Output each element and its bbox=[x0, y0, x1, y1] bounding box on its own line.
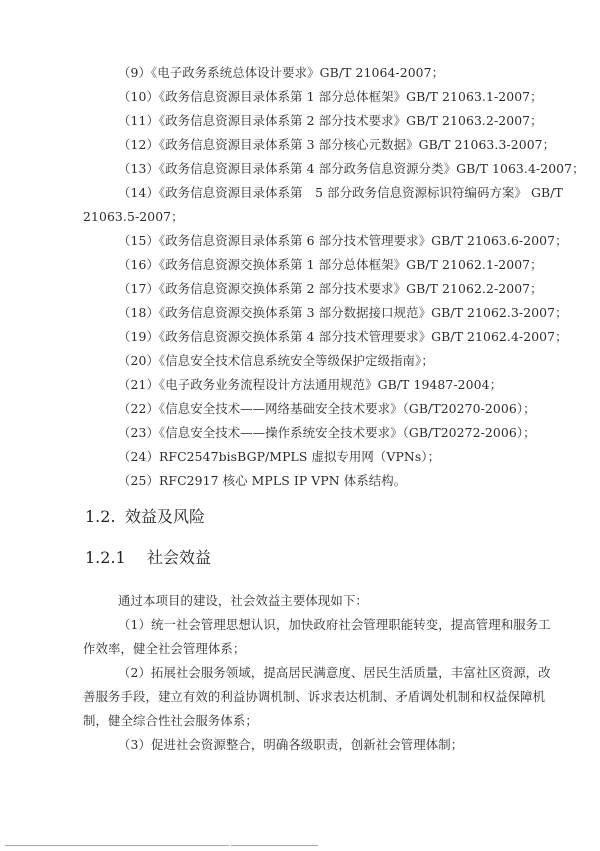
subsection-title: 社会效益 bbox=[147, 548, 211, 567]
paragraph-3-line: （3）促进社会资源整合，明确各级职责，创新社会管理体制； bbox=[118, 737, 463, 753]
reference-item: （24）RFC2547bisBGP/MPLS 虚拟专用网（VPNs）； bbox=[118, 449, 440, 465]
subsection-heading: 1.2.1社会效益 bbox=[85, 548, 211, 568]
reference-item: （11）《政务信息资源目录体系第 2 部分技术要求》GB/T 21063.2-2… bbox=[118, 113, 543, 129]
paragraph-2-line: （2）拓展社会服务领域，提高居民满意度、居民生活质量，丰富社区资源，改 bbox=[118, 665, 551, 681]
reference-item: （19）《政务信息资源交换体系第 4 部分技术管理要求》GB/T 21062.4… bbox=[118, 329, 568, 345]
reference-item: （14）《政务信息资源目录体系第 5 部分政务信息资源标识符编码方案》 GB/T bbox=[118, 185, 563, 201]
section-title: 效益及风险 bbox=[125, 507, 205, 526]
reference-item: （22）《信息安全技术——网络基础安全技术要求》（GB/T20270-2006）… bbox=[118, 401, 536, 417]
reference-item: （18）《政务信息资源交换体系第 3 部分数据接口规范》GB/T 21062.3… bbox=[118, 305, 568, 321]
document-page: （9）《电子政务系统总体设计要求》GB/T 21064-2007； （10）《政… bbox=[0, 0, 600, 851]
reference-item: （17）《政务信息资源交换体系第 2 部分技术要求》GB/T 21062.2-2… bbox=[118, 281, 543, 297]
paragraph-2-line: 制，健全综合性社会服务体系； bbox=[83, 713, 258, 729]
reference-item: （21）《电子政务业务流程设计方法通用规范》GB/T 19487-2004； bbox=[118, 377, 502, 393]
section-heading: 1.2.效益及风险 bbox=[85, 507, 205, 527]
reference-item: （12）《政务信息资源目录体系第 3 部分核心元数据》GB/T 21063.3-… bbox=[118, 137, 555, 153]
footer-rule bbox=[5, 845, 229, 846]
footer-rule bbox=[231, 845, 318, 846]
reference-item: （25）RFC2917 核心 MPLS IP VPN 体系结构。 bbox=[118, 473, 406, 489]
reference-item: （16）《政务信息资源交换体系第 1 部分总体框架》GB/T 21062.1-2… bbox=[118, 257, 543, 273]
paragraph-2-line: 善服务手段，建立有效的利益协调机制、诉求表达机制、矛盾调处机制和权益保障机 bbox=[83, 689, 545, 705]
reference-item: （23）《信息安全技术——操作系统安全技术要求》（GB/T20272-2006）… bbox=[118, 425, 536, 441]
paragraph-1-line: （1）统一社会管理思想认识，加快政府社会管理职能转变，提高管理和服务工 bbox=[118, 617, 551, 633]
paragraph-1-line: 作效率，健全社会管理体系； bbox=[83, 641, 245, 657]
section-number: 1.2. bbox=[85, 507, 125, 527]
reference-item-continuation: 21063.5-2007； bbox=[83, 209, 184, 225]
reference-item: （15）《政务信息资源目录体系第 6 部分技术管理要求》GB/T 21063.6… bbox=[118, 233, 568, 249]
subsection-number: 1.2.1 bbox=[85, 548, 147, 568]
paragraph-intro: 通过本项目的建设，社会效益主要体现如下： bbox=[118, 593, 368, 609]
reference-item: （10）《政务信息资源目录体系第 1 部分总体框架》GB/T 21063.1-2… bbox=[118, 89, 543, 105]
reference-item: （20）《信息安全技术信息系统安全等级保护定级指南》； bbox=[118, 353, 434, 369]
reference-item: （13）《政务信息资源目录体系第 4 部分政务信息资源分类》GB/T 1063.… bbox=[118, 161, 585, 177]
reference-item: （9）《电子政务系统总体设计要求》GB/T 21064-2007； bbox=[118, 65, 444, 81]
